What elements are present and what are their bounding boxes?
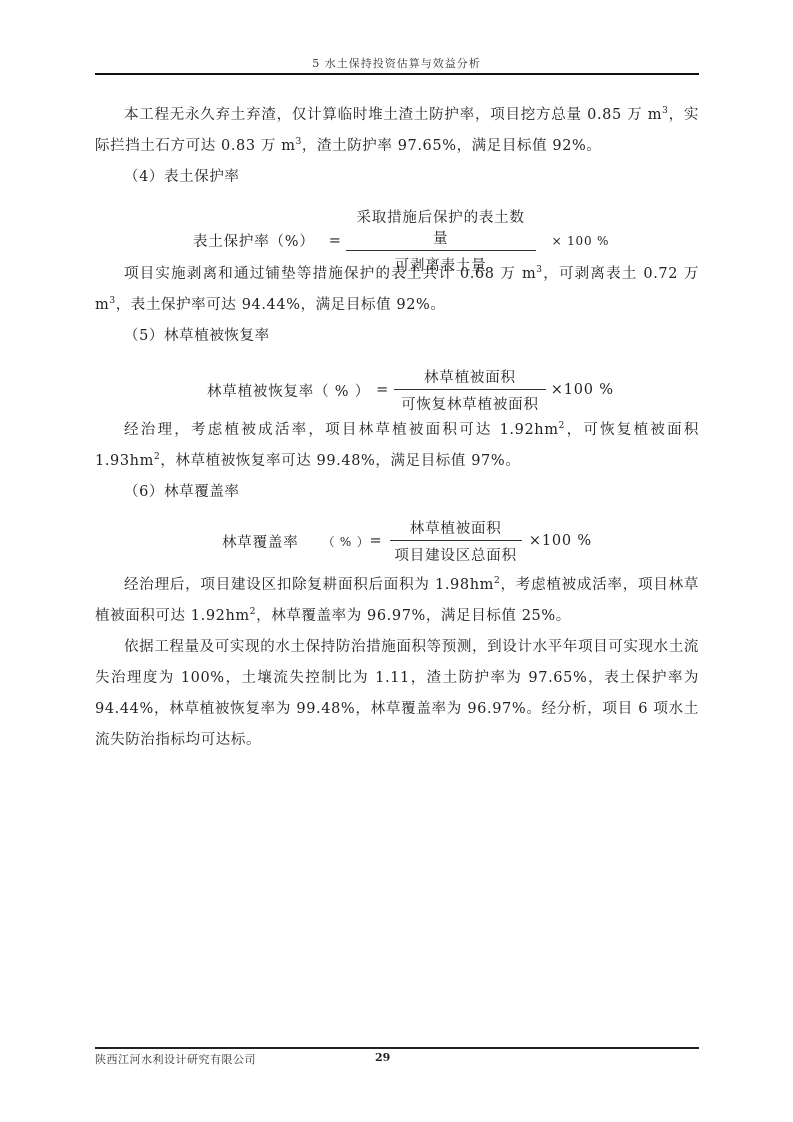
formula-factor: × 100 % [552, 234, 610, 248]
text-span: ，林草植被恢复率可达 99.48%，满足目标值 97%。 [160, 453, 520, 469]
running-header: 5 水土保持投资估算与效益分析 [0, 55, 793, 71]
formula-lhs: 表土保护率（%） [193, 230, 315, 251]
text-span: 本工程无永久弃土弃渣，仅计算临时堆土渣土防护率，项目挖方总量 0.85 万 m [124, 107, 662, 123]
paragraph-coverage-result: 经治理后，项目建设区扣除复耕面积后面积为 1.98hm2，考虑植被成活率，项目林… [95, 570, 699, 632]
text-span: ，表土保护率可达 94.44%，满足目标值 92%。 [116, 297, 446, 313]
formula-factor: ×100 % [529, 533, 592, 549]
page-number: 29 [375, 1051, 390, 1064]
numerator: 林草植被面积 [394, 366, 546, 390]
formula-vegetation-restoration: 林草植被恢复率（ % ） = 林草植被面积 可恢复林草植被面积 ×100 % [207, 366, 614, 414]
paragraph-slag-protection: 本工程无永久弃土弃渣，仅计算临时堆土渣土防护率，项目挖方总量 0.85 万 m3… [95, 100, 699, 162]
formula-lhs: 林草植被恢复率（ % ） [207, 380, 370, 401]
formula-fraction: 林草植被面积 可恢复林草植被面积 [393, 366, 547, 414]
body-block-2: 项目实施剥离和通过铺垫等措施保护的表土共计 0.68 万 m3，可剥离表土 0.… [95, 259, 699, 352]
formula-factor: ×100 % [551, 382, 614, 398]
formula-unit: （ % ） [323, 533, 370, 550]
body-block-4: 经治理后，项目建设区扣除复耕面积后面积为 1.98hm2，考虑植被成活率，项目林… [95, 570, 699, 756]
text-span: ，渣土防护率 97.65%，满足目标值 92%。 [302, 138, 602, 154]
denominator: 项目建设区总面积 [387, 541, 525, 565]
formula-vegetation-coverage: 林草覆盖率 （ % ） = 林草植被面积 项目建设区总面积 ×100 % [222, 517, 592, 565]
body-block-3: 经治理，考虑植被成活率，项目林草植被面积可达 1.92hm2，可恢复植被面积 1… [95, 415, 699, 508]
text-span: 项目实施剥离和通过铺垫等措施保护的表土共计 0.68 万 m [124, 266, 536, 282]
heading-topsoil-protection: （4）表土保护率 [95, 162, 699, 193]
paragraph-topsoil-result: 项目实施剥离和通过铺垫等措施保护的表土共计 0.68 万 m3，可剥离表土 0.… [95, 259, 699, 321]
formula-lhs: 林草覆盖率 [222, 531, 299, 552]
text-span: 经治理后，项目建设区扣除复耕面积后面积为 1.98hm [124, 577, 494, 593]
heading-vegetation-restoration: （5）林草植被恢复率 [95, 321, 699, 352]
heading-vegetation-coverage: （6）林草覆盖率 [95, 477, 699, 508]
header-rule [95, 73, 699, 75]
text-span: 经治理，考虑植被成活率，项目林草植被面积可达 1.92hm [124, 422, 559, 438]
footer-company: 陕西江河水利设计研究有限公司 [95, 1051, 256, 1067]
denominator: 可恢复林草植被面积 [393, 390, 547, 414]
body-block-1: 本工程无永久弃土弃渣，仅计算临时堆土渣土防护率，项目挖方总量 0.85 万 m3… [95, 100, 699, 193]
numerator: 采取措施后保护的表土数量 [346, 206, 536, 251]
paragraph-summary: 依据工程量及可实现的水土保持防治措施面积等预测，到设计水平年项目可实现水土流失治… [95, 632, 699, 756]
formula-equals: = [376, 382, 389, 398]
formula-fraction: 林草植被面积 项目建设区总面积 [387, 517, 525, 565]
formula-equals: = [370, 533, 383, 549]
footer-rule [95, 1047, 699, 1049]
text-span: ，林草覆盖率为 96.97%，满足目标值 25%。 [256, 608, 571, 624]
numerator: 林草植被面积 [390, 517, 522, 541]
paragraph-vegetation-result: 经治理，考虑植被成活率，项目林草植被面积可达 1.92hm2，可恢复植被面积 1… [95, 415, 699, 477]
formula-equals: = [329, 233, 342, 249]
